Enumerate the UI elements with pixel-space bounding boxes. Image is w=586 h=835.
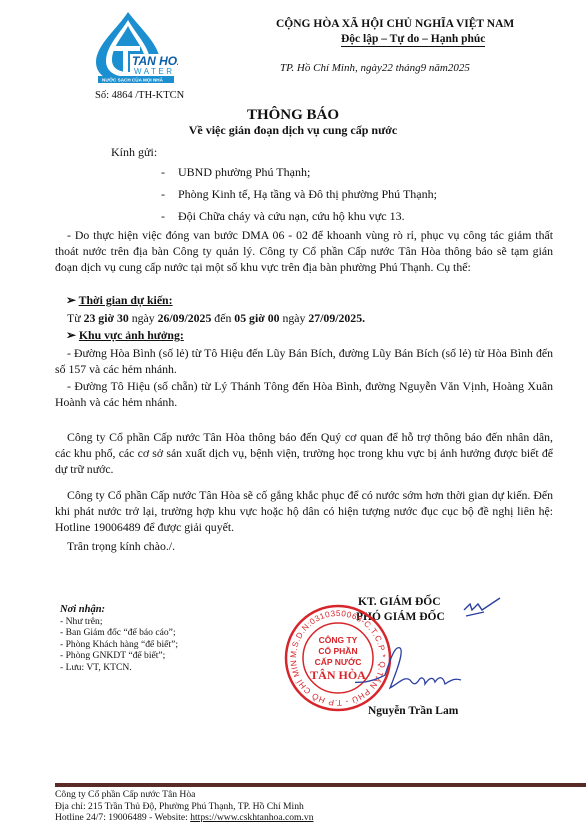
recipient-item: -Phòng Kinh tế, Hạ tầng và Đô thị phường… (178, 187, 437, 202)
initial-mark-icon (460, 596, 510, 620)
receivers-heading: Nơi nhận: (60, 604, 178, 616)
affected-heading: ➢ Khu vực ảnh hưởng: (66, 328, 184, 343)
handwritten-signature (355, 640, 475, 700)
footer-company: Công ty Cổ phần Cấp nước Tân Hòa (55, 789, 314, 801)
footer-contact: Hotline 24/7: 19006489 - Website: https:… (55, 812, 314, 824)
schedule-heading: ➢ Thời gian dự kiến: (66, 293, 173, 308)
receiver-item: - Lưu: VT, KTCN. (60, 662, 178, 674)
footer-address: Địa chỉ: 215 Trần Thủ Độ, Phường Phú Thạ… (55, 801, 314, 813)
arrow-bullet-icon: ➢ (66, 293, 79, 307)
company-logo: TAN HOA WATER NƯỚC SẠCH CỦA MỌI NHÀ (88, 10, 178, 85)
svg-text:WATER: WATER (134, 67, 175, 76)
recipient-item: -Đội Chữa cháy và cứu nạn, cứu hộ khu vự… (178, 209, 405, 224)
website-link[interactable]: https://www.cskhtanhoa.com.vn (190, 812, 313, 823)
receiver-item: - Ban Giám đốc “để báo cáo”; (60, 627, 178, 639)
receiver-item: - Phòng Khách hàng “để biết”; (60, 639, 178, 651)
svg-text:CỔ PHẦN: CỔ PHẦN (318, 645, 357, 656)
water-drop-logo-icon: TAN HOA WATER NƯỚC SẠCH CỦA MỌI NHÀ (88, 10, 178, 85)
schedule-line: Từ 23 giờ 30 ngày 26/09/2025 đến 05 giờ … (67, 310, 547, 326)
national-motto: Độc lập – Tự do – Hạnh phúc (341, 33, 485, 47)
affected-area-item: - Đường Tô Hiệu (số chẵn) từ Lý Thánh Tô… (55, 378, 553, 410)
date-line: TP. Hồ Chí Minh, ngày22 tháng9 năm2025 (280, 62, 470, 74)
document-title: THÔNG BÁO (0, 107, 586, 124)
body-paragraph: Công ty Cổ phần Cấp nước Tân Hòa thông b… (55, 429, 553, 477)
receiver-item: - Như trên; (60, 616, 178, 628)
intro-paragraph: - Do thực hiện việc đóng van bước DMA 06… (55, 227, 553, 275)
svg-text:CÔNG TY: CÔNG TY (319, 634, 358, 645)
document-number: Số: 4864 /TH-KTCN (95, 90, 184, 101)
body-paragraph: Công ty Cổ phần Cấp nước Tân Hòa sẽ cố g… (55, 487, 553, 535)
national-title: CỘNG HÒA XÃ HỘI CHỦ NGHĨA VIỆT NAM (276, 18, 514, 30)
recipient-item: -UBND phường Phú Thạnh; (178, 165, 310, 180)
closing-line: Trân trọng kính chào./. (55, 538, 553, 554)
recipients-label: Kính gửi: (111, 145, 157, 160)
document-subtitle: Về việc gián đoạn dịch vụ cung cấp nước (0, 123, 586, 138)
footer: Công ty Cổ phần Cấp nước Tân Hòa Địa chỉ… (55, 789, 314, 824)
receiver-item: - Phòng GNKDT “để biết”; (60, 650, 178, 662)
svg-text:NƯỚC SẠCH CỦA MỌI NHÀ: NƯỚC SẠCH CỦA MỌI NHÀ (102, 76, 164, 83)
svg-text:TAN HOA: TAN HOA (132, 54, 178, 68)
arrow-bullet-icon: ➢ (66, 328, 79, 342)
footer-divider (55, 783, 586, 787)
signatory-name: Nguyễn Trần Lam (368, 705, 458, 717)
receivers-list: Nơi nhận: - Như trên; - Ban Giám đốc “để… (60, 604, 178, 674)
affected-area-item: - Đường Hòa Bình (số lẻ) từ Tô Hiệu đến … (55, 345, 553, 377)
